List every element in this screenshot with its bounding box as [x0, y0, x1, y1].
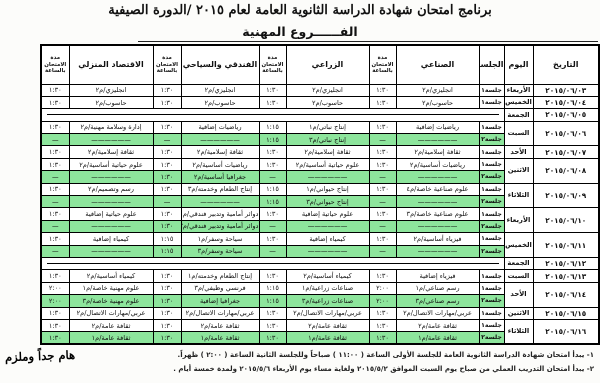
column-header-dur3: مدة الامتحان بالساعة: [153, 45, 181, 84]
cell-subject: علوم صناعية خاصة/م٤: [396, 183, 479, 195]
cell-duration: ١:٣٠: [259, 332, 286, 344]
cell-subject: علوم حياتية إضافية: [286, 208, 369, 220]
cell-duration: ١:٣٠: [369, 146, 396, 158]
cell-subject: إدارة وسلامة مهنية/م٢: [69, 121, 153, 133]
cell-subject: سياحة وسفر/م١: [181, 233, 259, 245]
column-header-dur2: مدة الامتحان بالساعة: [259, 45, 286, 84]
cell-duration: ١:٣٠: [41, 319, 69, 331]
cell-session: جلسة١: [479, 233, 504, 245]
cell-duration: ١:٣٠: [369, 158, 396, 170]
column-header-day: اليوم: [504, 45, 533, 84]
cell-subject: ——————: [396, 245, 479, 257]
cell-subject: رياضيات إضافية: [181, 121, 259, 133]
cell-duration: —: [41, 171, 69, 183]
cell-session: جلسة١: [479, 282, 504, 294]
cell-subject: علوم صناعية خاصة/م٣: [396, 208, 479, 220]
table-row: ٢٠١٥/٠٦/٠٥الجمعة: [41, 109, 599, 121]
cell-subject: إنتاج نباتي/م١: [286, 121, 369, 133]
cell-session: جلسة١: [479, 84, 504, 96]
cell-day: الأحد: [504, 282, 533, 307]
cell-duration: —: [259, 245, 286, 257]
cell-subject: ثقافة إسلامية/م٢: [69, 146, 153, 158]
cell-duration: ١:٣٠: [153, 121, 181, 133]
cell-subject: ——————: [396, 171, 479, 183]
table-row: ٢٠١٥/٠٦/٠٨الاثنينجلسة١رياضيات أساسية/م٢١…: [41, 158, 599, 170]
cell-duration: ١:٣٠: [259, 307, 286, 319]
cell-duration: ١:٣٠: [369, 319, 396, 331]
table-row: ٢٠١٥/٠٦/٠٩الثلاثاءجلسة١علوم صناعية خاصة/…: [41, 183, 599, 195]
cell-subject: انجليزي/م٢: [286, 84, 369, 96]
cell-subject: ثقافة عامة/م٢: [69, 319, 153, 331]
cell-subject: علوم مهنية خاصة/م١: [69, 282, 153, 294]
cell-duration: ١:٣٠: [369, 270, 396, 282]
cell-subject: حاسوب/م٢: [69, 96, 153, 108]
page-title: برنامج امتحان شهادة الدراسة الثانوية الع…: [0, 3, 600, 18]
cell-subject: علوم حياتية أساسية/م٢: [286, 158, 369, 170]
cell-subject: ——————: [286, 220, 369, 232]
cell-duration: ١:٣٠: [41, 233, 69, 245]
cell-subject: ——————: [181, 134, 259, 146]
cell-duration: ١:٣٠: [41, 307, 69, 319]
cell-duration: ١:١٥: [259, 121, 286, 133]
cell-subject: حاسوب/م٢: [286, 96, 369, 108]
cell-session: جلسة١: [479, 96, 504, 108]
cell-subject: علوم مهنية خاصة/م٣: [69, 295, 153, 307]
cell-subject: ثقافة عامة/م٢: [396, 319, 479, 331]
cell-duration: —: [369, 134, 396, 146]
cell-subject: عربي/مهارات الاتصال/م٢: [181, 307, 259, 319]
table-row: ٢٠١٥/٠٦/١٦الثلاثاءجلسة١ثقافة عامة/م٢١:٣٠…: [41, 319, 599, 331]
cell-duration: ١:٣٠: [259, 233, 286, 245]
cell-duration: ١:٣٠: [259, 208, 286, 220]
cell-subject: ثقافة عامة/م١: [396, 332, 479, 344]
footer-note-2: ٢- يبدأ امتحان التدريب العملي من صباح يو…: [86, 365, 594, 373]
cell-date: ٢٠١٥/٠٦/٠٧: [533, 146, 599, 158]
cell-subject: انجليزي/م٢: [396, 84, 479, 96]
cell-duration: ١:١٥: [259, 282, 286, 294]
cell-duration: ١:٣٠: [153, 332, 181, 344]
cell-subject: ——————: [396, 196, 479, 208]
cell-date: ٢٠١٥/٠٦/١١: [533, 233, 599, 258]
cell-session: جلسة١: [479, 208, 504, 220]
footer-note-1: ١- يبدأ امتحان شهادة الدراسة الثانوية ال…: [86, 351, 594, 359]
cell-duration: ١:٣٠: [369, 307, 396, 319]
cell-holiday-line: [41, 109, 504, 121]
cell-subject: ——————: [286, 171, 369, 183]
holiday-dash-line: [47, 114, 499, 115]
cell-subject: ثقافة عامة/م٢: [286, 319, 369, 331]
cell-date: ٢٠١٥/٠٦/٠٨: [533, 158, 599, 183]
cell-duration: ١:٣٠: [41, 96, 69, 108]
cell-duration: ١:٣٠: [153, 96, 181, 108]
cell-duration: —: [153, 196, 181, 208]
cell-date: ٢٠١٥/٠٦/٠٦: [533, 121, 599, 146]
cell-subject: ——————: [69, 245, 153, 257]
cell-duration: ١:٣٠: [41, 332, 69, 344]
cell-duration: ١:٣٠: [153, 208, 181, 220]
column-header-home_economics: الاقتصاد المنزلي: [69, 45, 153, 84]
cell-duration: ١:٣٠: [369, 96, 396, 108]
cell-day: الخميس: [504, 96, 533, 108]
cell-subject: علوم حياتية إضافية: [69, 208, 153, 220]
table-row: ٢٠١٥/٠٦/٠٦السبتجلسة١رياضيات إضافية١:٣٠إن…: [41, 121, 599, 133]
table-row: ٢٠١٥/٠٦/١٠الأربعاءجلسة١علوم صناعية خاصة/…: [41, 208, 599, 220]
cell-day: الجمعة: [504, 109, 533, 121]
cell-duration: —: [259, 220, 286, 232]
cell-duration: ٢:٠٠: [41, 282, 69, 294]
cell-subject: كيمياء إضافية: [69, 233, 153, 245]
cell-date: ٢٠١٥/٠٦/٠٩: [533, 183, 599, 208]
cell-holiday-line: [41, 257, 504, 269]
cell-duration: ١:٣٠: [259, 146, 286, 158]
cell-subject: فيزياء أساسية/م٢: [396, 233, 479, 245]
cell-duration: ١:٣٠: [41, 121, 69, 133]
cell-subject: عربي/مهارات الاتصال/م٢: [286, 307, 369, 319]
cell-duration: ١:٣٠: [369, 183, 396, 195]
column-header-agricultural: الزراعي: [286, 45, 369, 84]
cell-subject: انجليزي/م٢: [69, 84, 153, 96]
holiday-dash-line: [47, 263, 499, 264]
cell-subject: إنتاج الطعام وخدمته/م١: [181, 270, 259, 282]
cell-session: جلسة١: [479, 270, 504, 282]
cell-duration: ٢:٠٠: [41, 295, 69, 307]
cell-duration: ٢:٠٠: [369, 295, 396, 307]
cell-subject: علوم حياتية أساسية/م٢: [69, 158, 153, 170]
cell-subject: رسم وتصميم/م٢: [69, 183, 153, 195]
column-header-hotel: الفندقي والسياحي: [181, 45, 259, 84]
cell-day: الأربعاء: [504, 84, 533, 96]
cell-date: ٢٠١٥/٠٦/١٣: [533, 270, 599, 282]
subtitle-underline: [138, 41, 598, 42]
cell-subject: ثقافة عامة/م٢: [181, 319, 259, 331]
cell-subject: إنتاج الطعام وخدمته/م٣: [181, 183, 259, 195]
cell-subject: انجليزي/م٢: [181, 84, 259, 96]
cell-duration: ٢:٠٠: [369, 282, 396, 294]
cell-duration: ١:٣٠: [369, 332, 396, 344]
column-header-dur4: مدة الامتحان بالساعة: [41, 45, 69, 84]
table-row: ٢٠١٥/٠٦/١٤الأحدجلسة١رسم صناعي/م١٢:٠٠صناع…: [41, 282, 599, 294]
cell-duration: ١:٣٠: [41, 84, 69, 96]
table-row: ٢٠١٥/٠٦/١١الخميسجلسة١فيزياء أساسية/م٢١:٣…: [41, 233, 599, 245]
cell-session: جلسة١: [479, 307, 504, 319]
cell-duration: ١:٣٠: [369, 208, 396, 220]
cell-date: ٢٠١٥/٠٦/١٠: [533, 208, 599, 233]
table-row: ٢٠١٥/٠٦/١٢الجمعة: [41, 257, 599, 269]
column-header-industrial: الصناعي: [396, 45, 479, 84]
cell-subject: رياضيات أساسية/م٢: [181, 158, 259, 170]
footer-notes: ١- يبدأ امتحان شهادة الدراسة الثانوية ال…: [86, 351, 594, 380]
cell-session: جلسة١: [479, 146, 504, 158]
exam-schedule-table: التاريخاليومالجلسةالصناعيمدة الامتحان با…: [40, 44, 600, 345]
cell-date: ٢٠١٥/٠٦/١٦: [533, 319, 599, 344]
cell-day: الأربعاء: [504, 208, 533, 233]
cell-duration: ١:١٥: [153, 245, 181, 257]
cell-day: الجمعة: [504, 257, 533, 269]
cell-duration: ١:٣٠: [41, 183, 69, 195]
cell-subject: ——————: [181, 196, 259, 208]
cell-session: جلسة٢: [479, 196, 504, 208]
cell-duration: —: [153, 134, 181, 146]
cell-subject: دوائر أمامية وتدبير فندقي/م١: [181, 208, 259, 220]
table-row: ٢٠١٥/٠٦/١٣السبتجلسة١فيزياء إضافية١:٣٠كيم…: [41, 270, 599, 282]
cell-day: الثلاثاء: [504, 319, 533, 344]
cell-subject: ثقافة عامة/م١: [181, 332, 259, 344]
cell-subject: ——————: [396, 220, 479, 232]
scanned-exam-schedule-page: { "accent_green": "#8DE59C", "header": {…: [0, 0, 600, 383]
cell-subject: رياضيات إضافية: [396, 121, 479, 133]
cell-date: ٢٠١٥/٠٦/٠٥: [533, 109, 599, 121]
cell-subject: إنتاج نباتي/م٣: [286, 134, 369, 146]
cell-duration: —: [41, 245, 69, 257]
cell-subject: عربي/مهارات الاتصال/م٢: [69, 307, 153, 319]
cell-duration: ١:١٥: [259, 295, 286, 307]
cell-subject: إنتاج حيواني/م٣: [286, 196, 369, 208]
cell-date: ٢٠١٥/٠٦/١٢: [533, 257, 599, 269]
cell-duration: ١:٣٠: [41, 158, 69, 170]
cell-subject: فيزياء إضافية: [396, 270, 479, 282]
cell-duration: ١:٣٠: [259, 96, 286, 108]
cell-subject: ——————: [69, 220, 153, 232]
cell-day: السبت: [504, 121, 533, 146]
cell-subject: كيمياء أساسية/م٢: [69, 270, 153, 282]
cell-day: الثلاثاء: [504, 183, 533, 208]
cell-subject: ——————: [69, 171, 153, 183]
cell-subject: ثقافة عامة/م١: [69, 332, 153, 344]
cell-subject: حاسوب/م٢: [396, 96, 479, 108]
column-header-session: الجلسة: [479, 45, 504, 84]
cell-session: جلسة٢: [479, 295, 504, 307]
cell-duration: ١:٣٠: [153, 319, 181, 331]
cell-duration: —: [369, 245, 396, 257]
cell-duration: ١:٣٠: [41, 146, 69, 158]
cell-subject: ——————: [396, 134, 479, 146]
cell-duration: —: [369, 171, 396, 183]
cell-duration: ١:٣٠: [41, 208, 69, 220]
cell-duration: —: [369, 220, 396, 232]
cell-subject: كيمياء أساسية/م٢: [286, 270, 369, 282]
cell-duration: ١:١٥: [259, 183, 286, 195]
cell-duration: ١:١٥: [153, 233, 181, 245]
cell-subject: حاسوب/م٢: [181, 96, 259, 108]
cell-duration: ١:٣٠: [153, 171, 181, 183]
cell-subject: ثقافة إسلامية/م٢: [181, 146, 259, 158]
handwritten-stamp: هام جداً وملزم: [5, 348, 75, 364]
cell-duration: ١:٣٠: [153, 295, 181, 307]
cell-subject: جغرافيا أساسية/م٢: [181, 171, 259, 183]
cell-duration: ١:١٥: [259, 134, 286, 146]
column-header-date: التاريخ: [533, 45, 599, 84]
cell-duration: ١:٣٠: [153, 220, 181, 232]
cell-subject: ——————: [69, 134, 153, 146]
cell-subject: عربي/مهارات الاتصال/م٢: [396, 307, 479, 319]
table-body: ٢٠١٥/٠٦/٠٣الأربعاءجلسة١انجليزي/م٢١:٣٠انج…: [41, 84, 599, 344]
cell-duration: ١:٣٠: [369, 233, 396, 245]
cell-day: السبت: [504, 270, 533, 282]
cell-date: ٢٠١٥/٠٦/٠٣: [533, 84, 599, 96]
cell-duration: —: [259, 171, 286, 183]
cell-duration: ١:٣٠: [153, 84, 181, 96]
cell-duration: ١:٣٠: [41, 270, 69, 282]
table-row: ٢٠١٥/٠٦/١٥الاثنينجلسة١عربي/مهارات الاتصا…: [41, 307, 599, 319]
cell-session: جلسة٢: [479, 220, 504, 232]
cell-duration: —: [41, 220, 69, 232]
cell-session: جلسة٢: [479, 332, 504, 344]
cell-duration: ١:٣٠: [259, 270, 286, 282]
cell-day: الخميس: [504, 233, 533, 258]
cell-subject: سياحة وسفر/م٣: [181, 245, 259, 257]
table-header: التاريخاليومالجلسةالصناعيمدة الامتحان با…: [41, 45, 599, 84]
cell-session: جلسة١: [479, 183, 504, 195]
header-row: التاريخاليومالجلسةالصناعيمدة الامتحان با…: [41, 45, 599, 84]
cell-duration: ١:٣٠: [153, 146, 181, 158]
cell-duration: ١:٣٠: [153, 158, 181, 170]
cell-day: الاثنين: [504, 158, 533, 183]
cell-date: ٢٠١٥/٠٦/٠٤: [533, 96, 599, 108]
cell-subject: جغرافيا إضافية: [181, 295, 259, 307]
cell-duration: ١:٣٠: [259, 158, 286, 170]
cell-duration: ١:٣٠: [153, 270, 181, 282]
table-row: ٢٠١٥/٠٦/٠٤الخميسجلسة١حاسوب/م٢١:٣٠حاسوب/م…: [41, 96, 599, 108]
cell-subject: إنتاج حيواني/م١: [286, 183, 369, 195]
cell-day: الأحد: [504, 146, 533, 158]
page-subtitle: الفــــــروع المهنية: [0, 24, 600, 39]
cell-subject: كيمياء إضافية: [286, 233, 369, 245]
column-header-dur1: مدة الامتحان بالساعة: [369, 45, 396, 84]
cell-session: جلسة٢: [479, 245, 504, 257]
cell-duration: ١:٣٠: [153, 307, 181, 319]
cell-duration: —: [41, 134, 69, 146]
cell-session: جلسة٢: [479, 171, 504, 183]
cell-session: جلسة١: [479, 121, 504, 133]
cell-subject: ——————: [286, 245, 369, 257]
cell-session: جلسة١: [479, 319, 504, 331]
cell-subject: ثقافة عامة/م١: [286, 332, 369, 344]
cell-duration: ١:١٥: [259, 196, 286, 208]
cell-subject: رياضيات أساسية/م٢: [396, 158, 479, 170]
cell-subject: ثقافة إسلامية/م٢: [286, 146, 369, 158]
cell-subject: رسم صناعي/م١: [396, 282, 479, 294]
cell-subject: رسم صناعي/م٣: [396, 295, 479, 307]
cell-duration: ١:٣٠: [259, 319, 286, 331]
cell-date: ٢٠١٥/٠٦/١٤: [533, 282, 599, 307]
cell-session: جلسة٢: [479, 134, 504, 146]
cell-subject: ثقافة إسلامية/م٢: [396, 146, 479, 158]
cell-duration: ١:٣٠: [259, 84, 286, 96]
cell-duration: ١:٣٠: [153, 183, 181, 195]
cell-duration: —: [369, 196, 396, 208]
cell-subject: فرنسي وظيفي/م٣: [181, 282, 259, 294]
cell-subject: ——————: [69, 196, 153, 208]
cell-day: الاثنين: [504, 307, 533, 319]
cell-duration: ١:٣٠: [153, 282, 181, 294]
cell-session: جلسة١: [479, 158, 504, 170]
cell-duration: —: [41, 196, 69, 208]
table-row: ٢٠١٥/٠٦/٠٧الأحدجلسة١ثقافة إسلامية/م٢١:٣٠…: [41, 146, 599, 158]
cell-duration: ١:٣٠: [369, 121, 396, 133]
cell-subject: دوائر أمامية وتدبير فندقي/م٣: [181, 220, 259, 232]
cell-subject: صناعات زراعية/م١: [286, 282, 369, 294]
cell-subject: صناعات زراعية/م٣: [286, 295, 369, 307]
cell-duration: ١:٣٠: [369, 84, 396, 96]
table-row: ٢٠١٥/٠٦/٠٣الأربعاءجلسة١انجليزي/م٢١:٣٠انج…: [41, 84, 599, 96]
cell-date: ٢٠١٥/٠٦/١٥: [533, 307, 599, 319]
